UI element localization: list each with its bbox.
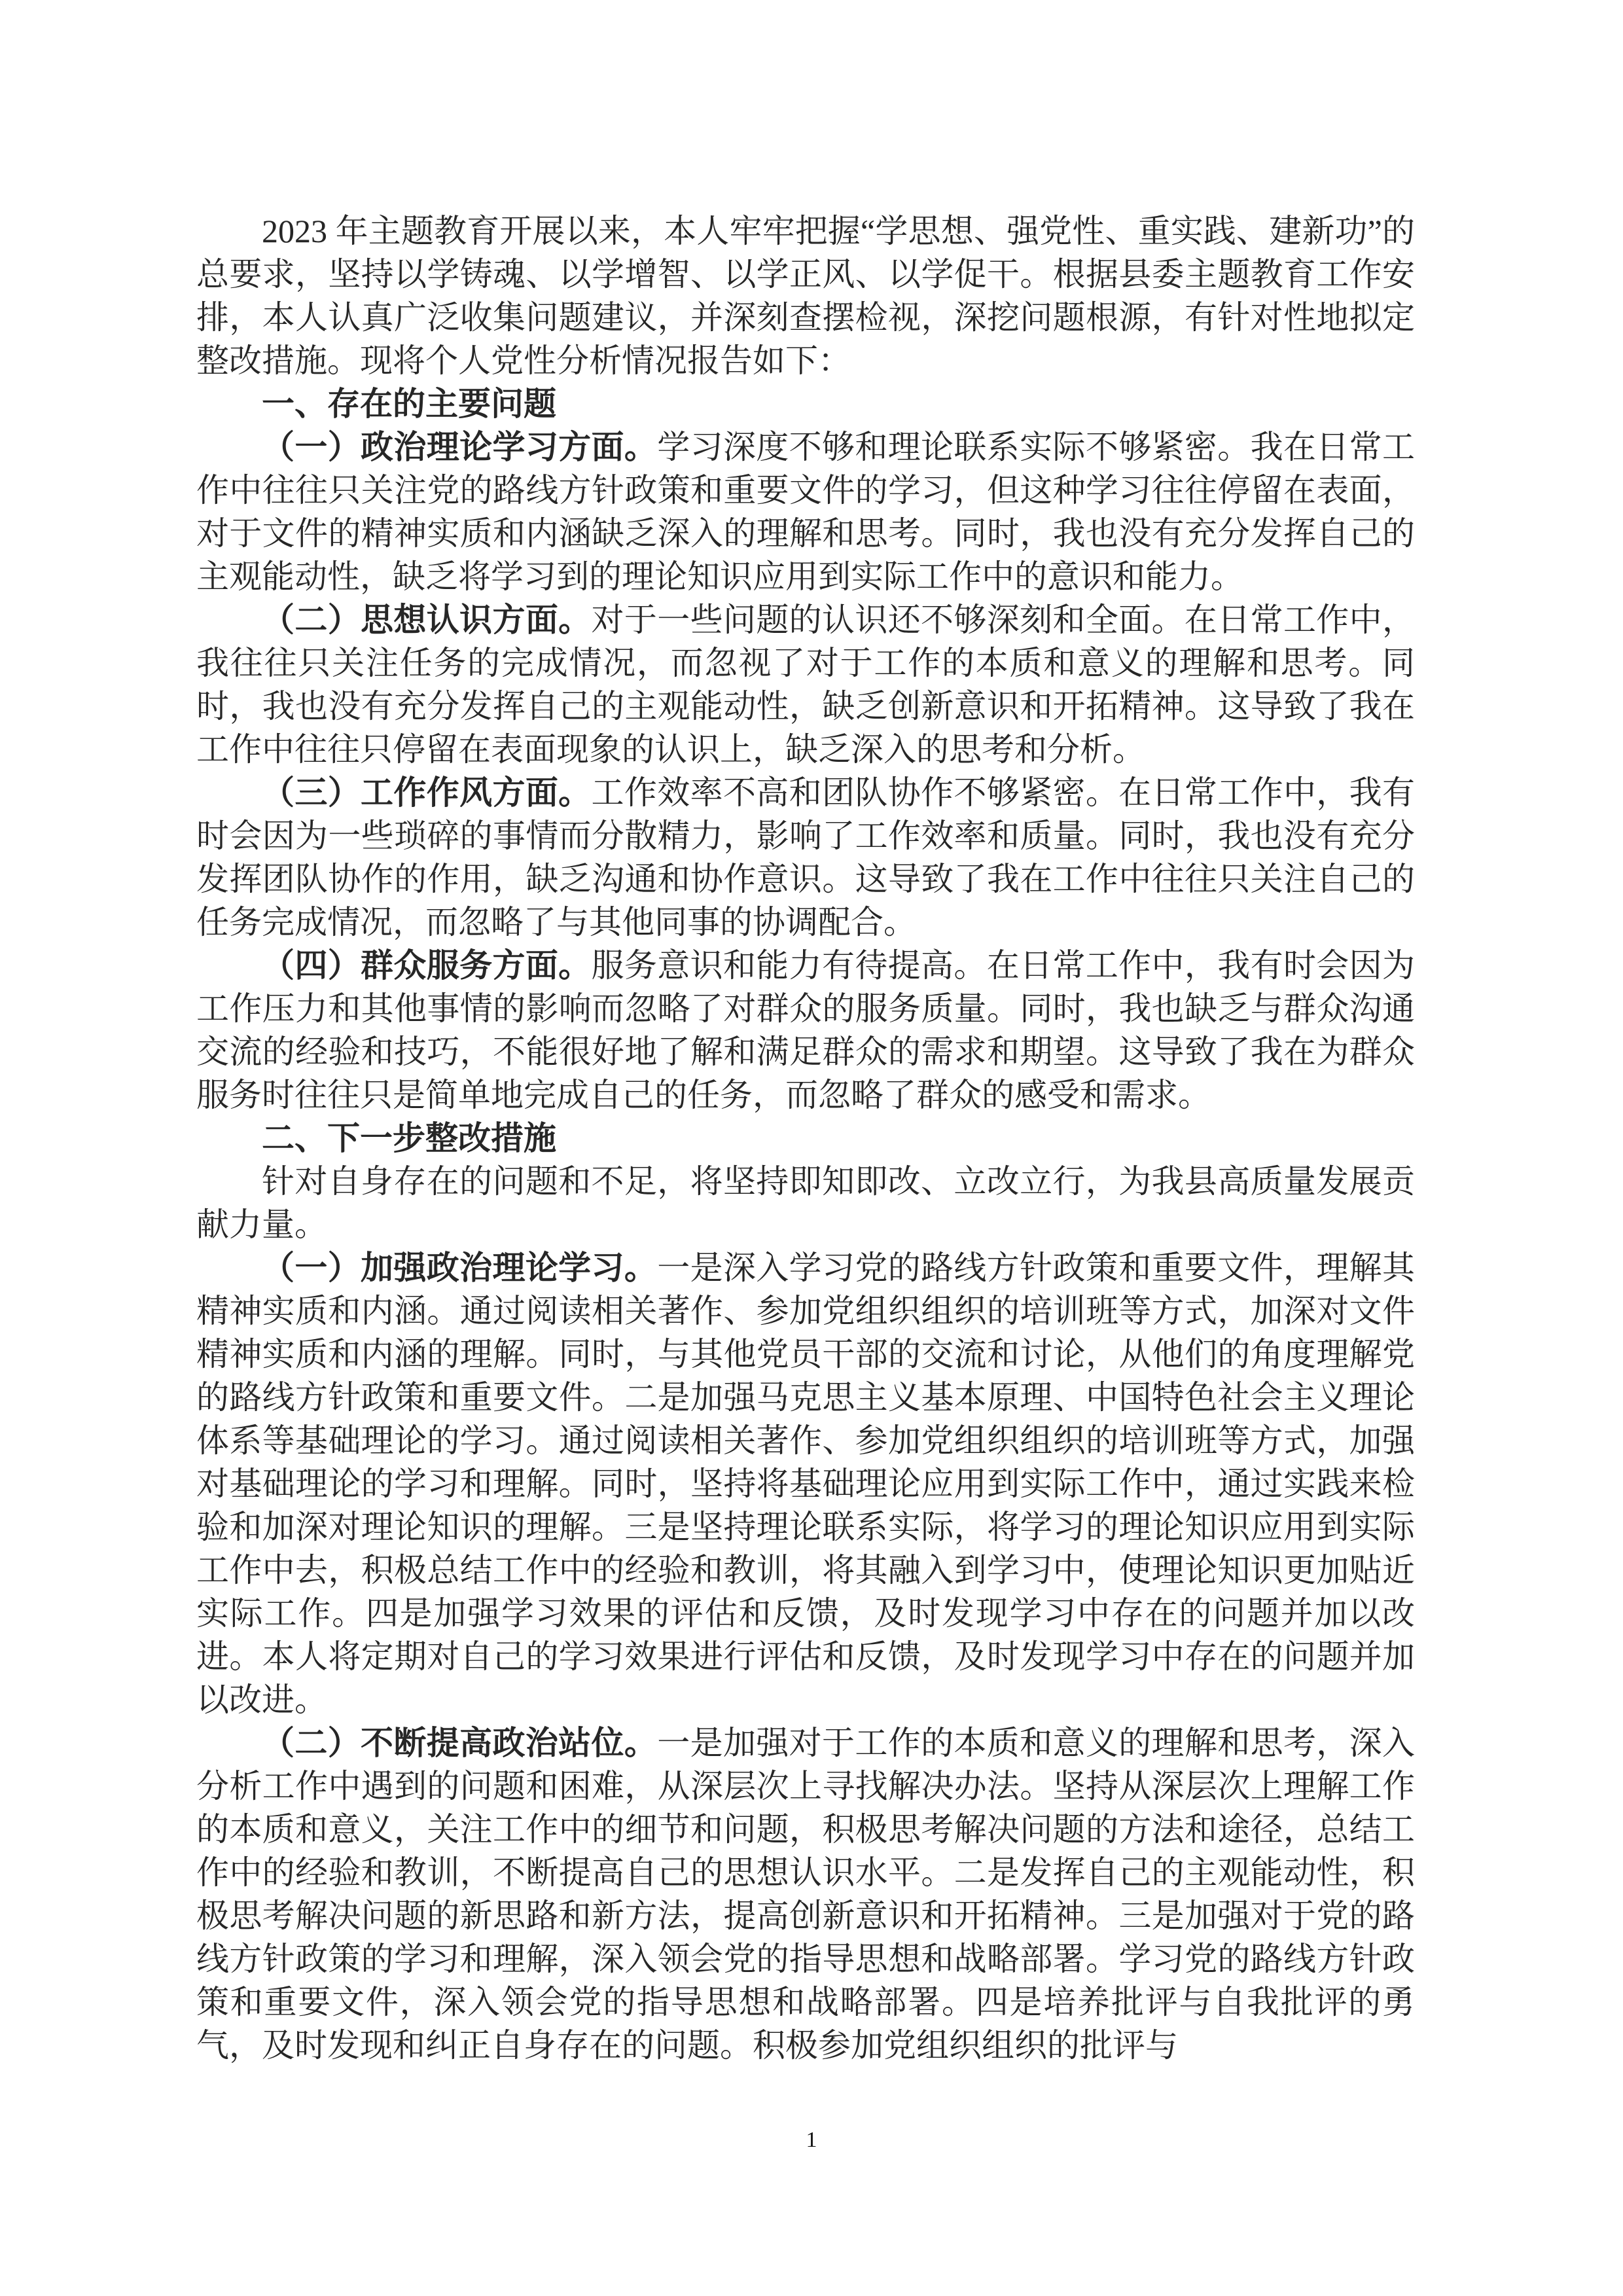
document-body: 2023 年主题教育开展以来，本人牢牢把握“学思想、强党性、重实践、建新功”的总… — [196, 209, 1415, 2067]
paragraph: （二）思想认识方面。对于一些问题的认识还不够深刻和全面。在日常工作中，我往往只关… — [196, 598, 1415, 771]
paragraph: （一）加强政治理论学习。一是深入学习党的路线方针政策和重要文件，理解其精神实质和… — [196, 1246, 1415, 1721]
section-heading: 二、下一步整改措施 — [196, 1117, 1415, 1160]
paragraph: （一）政治理论学习方面。学习深度不够和理论联系实际不够紧密。我在日常工作中往往只… — [196, 425, 1415, 598]
section-heading: 一、存在的主要问题 — [196, 382, 1415, 425]
paragraph: （四）群众服务方面。服务意识和能力有待提高。在日常工作中，我有时会因为工作压力和… — [196, 944, 1415, 1117]
paragraph-text: 一是加强对于工作的本质和意义的理解和思考，深入分析工作中遇到的问题和困难，从深层… — [196, 1725, 1415, 2064]
page-number: 1 — [806, 2128, 817, 2152]
paragraph: 针对自身存在的问题和不足，将坚持即知即改、立改立行，为我县高质量发展贡献力量。 — [196, 1160, 1415, 1246]
heading-text: 一、存在的主要问题 — [262, 386, 556, 422]
paragraph-lead: （二）思想认识方面。 — [262, 601, 592, 638]
paragraph-text: 2023 年主题教育开展以来，本人牢牢把握“学思想、强党性、重实践、建新功”的总… — [196, 213, 1415, 379]
paragraph-lead: （一）加强政治理论学习。 — [262, 1249, 657, 1286]
paragraph-text: 针对自身存在的问题和不足，将坚持即知即改、立改立行，为我县高质量发展贡献力量。 — [196, 1163, 1415, 1243]
paragraph: （二）不断提高政治站位。一是加强对于工作的本质和意义的理解和思考，深入分析工作中… — [196, 1721, 1415, 2067]
paragraph-lead: （一）政治理论学习方面。 — [262, 429, 657, 465]
heading-text: 二、下一步整改措施 — [262, 1120, 556, 1157]
paragraph-lead: （四）群众服务方面。 — [262, 947, 592, 984]
paragraph-lead: （三）工作作风方面。 — [262, 774, 592, 811]
paragraph-text: 一是深入学习党的路线方针政策和重要文件，理解其精神实质和内涵。通过阅读相关著作、… — [196, 1249, 1415, 1718]
page-footer: 1 — [0, 2127, 1623, 2153]
paragraph: 2023 年主题教育开展以来，本人牢牢把握“学思想、强党性、重实践、建新功”的总… — [196, 209, 1415, 382]
paragraph: （三）工作作风方面。工作效率不高和团队协作不够紧密。在日常工作中，我有时会因为一… — [196, 771, 1415, 944]
paragraph-lead: （二）不断提高政治站位。 — [262, 1725, 657, 1761]
document-page: 2023 年主题教育开展以来，本人牢牢把握“学思想、强党性、重实践、建新功”的总… — [0, 0, 1623, 2296]
